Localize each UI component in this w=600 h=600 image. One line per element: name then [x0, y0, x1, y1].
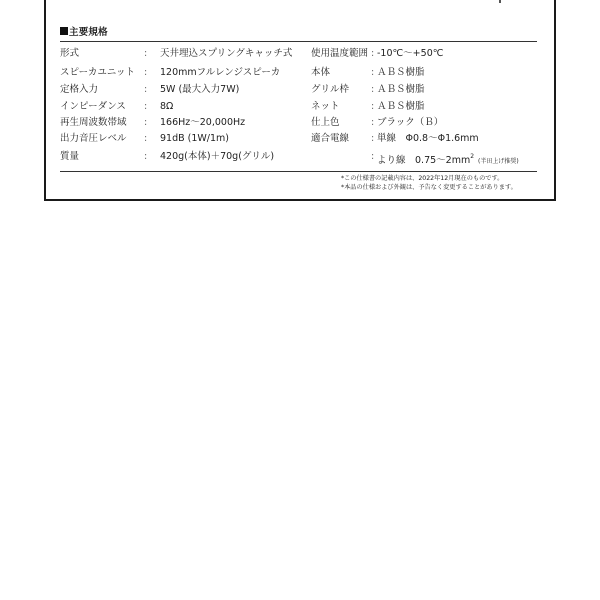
section-title-text: 主要規格 — [69, 27, 108, 38]
spec-label: 本体 — [311, 67, 330, 79]
top-mark — [499, 0, 501, 3]
footnote: *この仕様書の記載内容は、2022年12月現在のものです。 — [341, 175, 517, 184]
spec-label: インピーダンス — [60, 101, 126, 113]
spec-label: 適合電線 — [311, 133, 349, 145]
spec-sep: : — [144, 48, 147, 60]
stranded-wire-value: より線 0.75～2mm — [377, 155, 470, 166]
spec-label: グリル枠 — [311, 84, 349, 96]
spec-value: ＡＢＳ樹脂 — [377, 101, 425, 113]
spec-sep: : — [144, 67, 147, 79]
spec-label: ネット — [311, 101, 340, 113]
spec-value: より線 0.75～2mm2(半田上げ推奨) — [377, 151, 519, 168]
spec-value: ＡＢＳ樹脂 — [377, 84, 425, 96]
spec-sep: : — [144, 117, 147, 129]
solder-note: (半田上げ推奨) — [478, 158, 519, 165]
spec-label: 質量 — [60, 151, 79, 163]
spec-sep: : — [371, 151, 374, 163]
spec-sep: : — [144, 151, 147, 163]
square-bullet-icon — [60, 27, 68, 35]
spec-sep: : — [371, 101, 374, 113]
spec-sep: : — [371, 67, 374, 79]
spec-value: 166Hz～20,000Hz — [160, 117, 245, 129]
spec-value: 5W (最大入力7W) — [160, 84, 239, 96]
spec-value: -10℃～+50℃ — [377, 48, 443, 60]
spec-value: ブラック（Ｂ） — [377, 117, 443, 129]
spec-value: 単線 Φ0.8～Φ1.6mm — [377, 133, 479, 145]
spec-label: 使用温度範囲 — [311, 48, 368, 60]
spec-sep: : — [144, 84, 147, 96]
spec-value: 91dB (1W/1m) — [160, 133, 229, 145]
spec-value: 420g(本体)＋70g(グリル) — [160, 151, 274, 163]
header-divider — [60, 41, 537, 42]
spec-value: ＡＢＳ樹脂 — [377, 67, 425, 79]
footnote: *本品の仕様および外観は、予告なく変更することがあります。 — [341, 184, 517, 193]
spec-sep: : — [144, 101, 147, 113]
spec-sep: : — [371, 117, 374, 129]
spec-label: 出力音圧レベル — [60, 133, 127, 145]
spec-value: 120mmフルレンジスピーカ — [160, 67, 280, 79]
spec-label: 形式 — [60, 48, 79, 60]
spec-sep: : — [371, 84, 374, 96]
superscript-squared: 2 — [470, 153, 474, 160]
spec-value: 8Ω — [160, 101, 173, 113]
spec-sep: : — [144, 133, 147, 145]
footnotes: *この仕様書の記載内容は、2022年12月現在のものです。 *本品の仕様および外… — [341, 175, 517, 192]
spec-value: 天井埋込スプリングキャッチ式 — [160, 48, 292, 60]
spec-label: 再生周波数帯域 — [60, 117, 127, 129]
section-title: 主要規格 — [60, 24, 108, 38]
spec-label: 定格入力 — [60, 84, 98, 96]
spec-sep: : — [371, 133, 374, 145]
footer-divider — [60, 171, 537, 172]
spec-label: スピーカユニット — [60, 67, 135, 79]
spec-sep: : — [371, 48, 374, 60]
spec-label: 仕上色 — [311, 117, 340, 129]
